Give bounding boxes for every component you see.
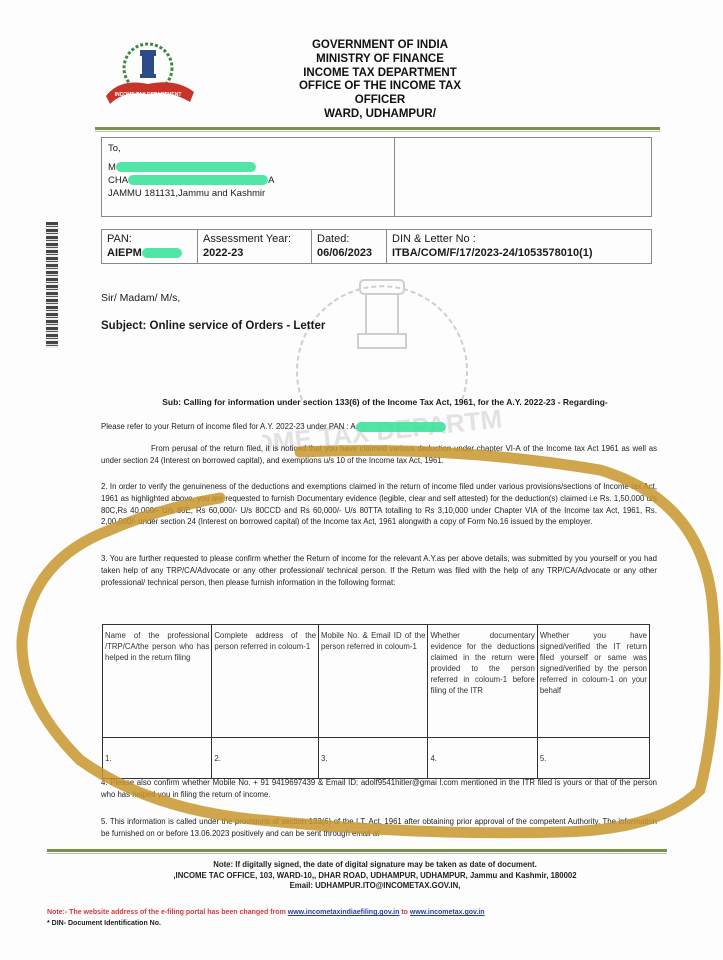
table-header-cell: Whether documentary evidence for the ded… xyxy=(428,625,537,738)
header-line: GOVERNMENT OF INDIA xyxy=(260,39,500,53)
emblem-watermark-icon: INCOME TAX DEPARTMENT xyxy=(262,250,502,450)
din-footnote: * DIN- Document Identification No. xyxy=(47,920,161,927)
redaction-mark xyxy=(128,175,268,185)
footer-divider xyxy=(47,849,667,852)
footer-divider-thin xyxy=(47,853,667,854)
footer-email: Email: UDHAMPUR.ITO@INCOMETAX.GOV.IN, xyxy=(95,881,655,892)
header-line: OFFICE OF THE INCOME TAX xyxy=(260,80,500,94)
professional-info-table: Name of the professional /TRP/CA/the per… xyxy=(102,624,650,779)
office-header: GOVERNMENT OF INDIA MINISTRY OF FINANCE … xyxy=(260,39,500,122)
to-label: To, xyxy=(108,142,388,155)
paragraph-refer: Please refer to your Return of income fi… xyxy=(101,421,661,433)
header-line: WARD, UDHAMPUR/ xyxy=(260,108,500,122)
redaction-mark xyxy=(116,162,256,172)
address-line-2: CHAA xyxy=(108,174,388,187)
table-cell: 3. xyxy=(319,738,428,779)
table-cell: 5. xyxy=(537,738,649,779)
old-portal-link[interactable]: www.incometaxindiaefiling.gov.in xyxy=(288,909,400,916)
address-line-3: JAMMU 181131,Jammu and Kashmir xyxy=(108,187,388,200)
recipient-address-box: To, M CHAA JAMMU 181131,Jammu and Kashmi… xyxy=(101,137,652,217)
footer-note: Note: If digitally signed, the date of d… xyxy=(95,860,655,871)
paragraph-2: 2. In order to verify the genuineness of… xyxy=(101,481,657,528)
table-row: 1. 2. 3. 4. 5. xyxy=(103,738,650,779)
portal-change-note: Note:- The website address of the e-fili… xyxy=(47,909,485,916)
header-divider xyxy=(95,127,660,130)
redaction-mark xyxy=(142,248,182,258)
header-line: INCOME TAX DEPARTMENT xyxy=(260,67,500,81)
salutation: Sir/ Madam/ M/s, xyxy=(101,292,180,304)
new-portal-link[interactable]: www.incometax.gov.in xyxy=(410,909,485,916)
pan-cell: PAN: AIEPM xyxy=(102,230,198,263)
table-header-cell: Name of the professional /TRP/CA/the per… xyxy=(103,625,212,738)
dated-cell: Dated: 06/06/2023 xyxy=(312,230,387,263)
header-line: MINISTRY OF FINANCE xyxy=(260,53,500,67)
svg-text:INCOME TAX DEPARTMENT: INCOME TAX DEPARTMENT xyxy=(115,92,182,98)
subject-line: Subject: Online service of Orders - Lett… xyxy=(101,320,325,332)
footer-address: ,INCOME TAC OFFICE, 103, WARD-10,, DHAR … xyxy=(95,871,655,882)
paragraph-1: From perusal of the return filed, it is … xyxy=(101,443,657,467)
income-tax-logo-icon: INCOME TAX DEPARTMENT xyxy=(100,38,200,108)
address-box-empty-cell xyxy=(395,138,651,216)
paragraph-5: 5. This information is called under the … xyxy=(101,816,657,840)
header-line: OFFICER xyxy=(260,94,500,108)
assessment-year-cell: Assessment Year: 2022-23 xyxy=(198,230,312,263)
table-header-cell: Whether you have signed/verified the IT … xyxy=(537,625,649,738)
letter-page: INCOME TAX DEPARTMENT GOVERNMENT OF INDI… xyxy=(0,0,723,960)
footer: Note: If digitally signed, the date of d… xyxy=(95,860,655,892)
table-header-cell: Complete address of the person referred … xyxy=(212,625,319,738)
paragraph-3: 3. You are further requested to please c… xyxy=(101,553,657,588)
address-line-1: M xyxy=(108,161,388,174)
table-header-row: Name of the professional /TRP/CA/the per… xyxy=(103,625,650,738)
barcode-icon xyxy=(46,222,58,348)
table-cell: 4. xyxy=(428,738,537,779)
table-cell: 1. xyxy=(103,738,212,779)
din-letter-cell: DIN & Letter No : ITBA/COM/F/17/2023-24/… xyxy=(387,230,651,263)
table-header-cell: Mobile No. & Email ID of the person refe… xyxy=(319,625,428,738)
sub-heading: Sub: Calling for information under secti… xyxy=(95,397,675,407)
paragraph-4: 4. Please also confirm whether Mobile No… xyxy=(101,777,657,801)
redaction-mark xyxy=(356,422,446,432)
pan-details-table: PAN: AIEPM Assessment Year: 2022-23 Date… xyxy=(101,229,652,264)
header-divider-thin xyxy=(95,131,660,132)
table-cell: 2. xyxy=(212,738,319,779)
